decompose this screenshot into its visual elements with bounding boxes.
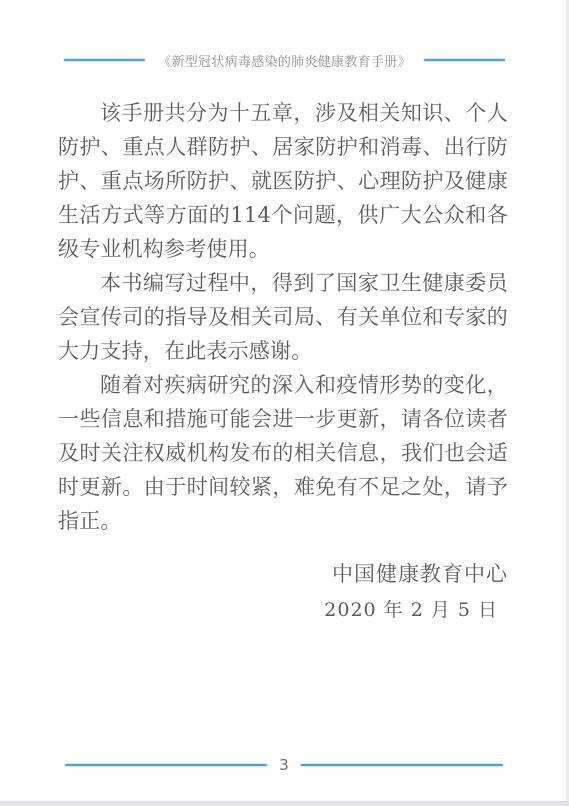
running-title: 《新型冠状病毒感染的肺炎健康教育手册》	[158, 51, 411, 70]
signature-org: 中国健康教育中心	[324, 556, 508, 592]
page-number: 3	[279, 758, 289, 773]
header-right-rule	[424, 59, 505, 61]
signature-date: 2020 年 2 月 5 日	[324, 592, 508, 628]
body-text: 该手册共分为十五章，涉及相关知识、个人防护、重点人群防护、居家防护和消毒、出行防…	[58, 96, 508, 538]
paragraph-acknowledgement: 本书编写过程中，得到了国家卫生健康委员会宣传司的指导及相关司局、有关单位和专家的…	[58, 266, 508, 368]
footer-right-rule	[301, 764, 503, 766]
page-header: 《新型冠状病毒感染的肺炎健康教育手册》	[64, 52, 505, 68]
page-footer: 3	[65, 756, 503, 774]
paragraph-overview: 该手册共分为十五章，涉及相关知识、个人防护、重点人群防护、居家防护和消毒、出行防…	[58, 96, 508, 266]
footer-left-rule	[65, 764, 267, 766]
signature-block: 中国健康教育中心 2020 年 2 月 5 日	[324, 556, 508, 628]
scan-edge-bottom	[0, 801, 569, 806]
paragraph-update-note: 随着对疾病研究的深入和疫情形势的变化，一些信息和措施可能会进一步更新，请各位读者…	[58, 368, 508, 538]
handbook-page: 《新型冠状病毒感染的肺炎健康教育手册》 该手册共分为十五章，涉及相关知识、个人防…	[0, 0, 569, 806]
header-left-rule	[64, 59, 145, 61]
